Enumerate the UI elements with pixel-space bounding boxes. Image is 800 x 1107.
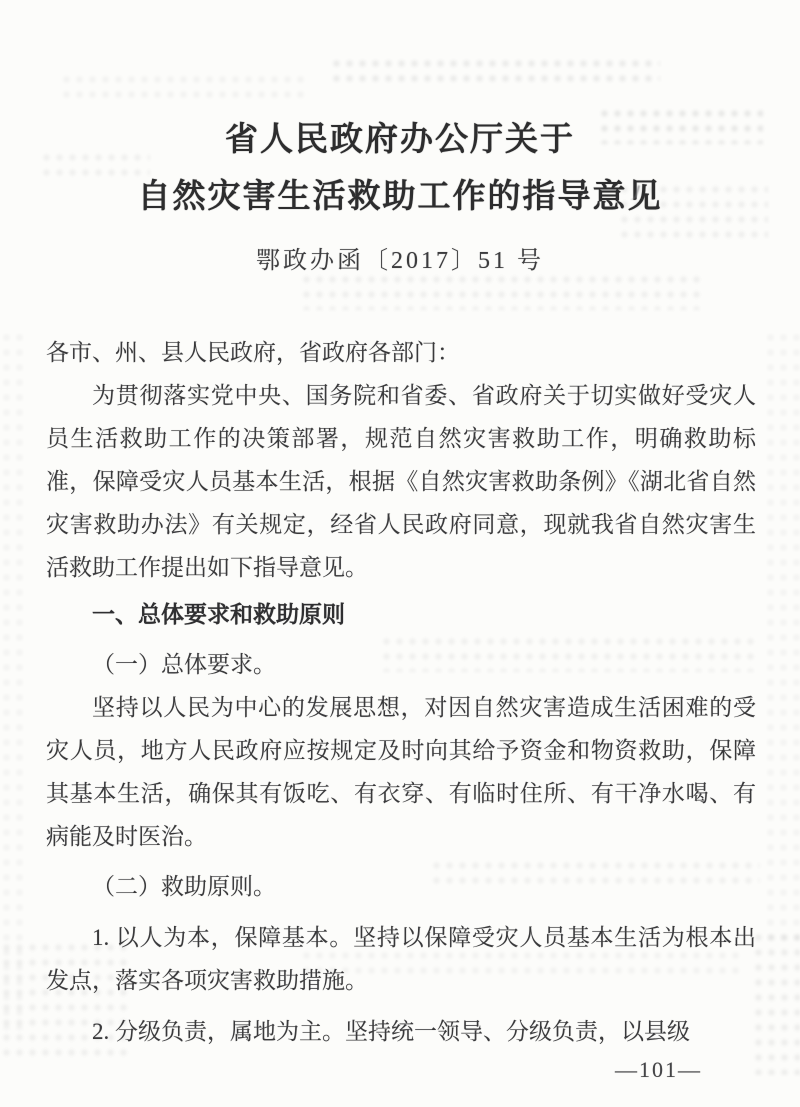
document-title: 省人民政府办公厅关于 自然灾害生活救助工作的指导意见 <box>0 0 800 226</box>
title-line-2: 自然灾害生活救助工作的指导意见 <box>0 169 800 226</box>
section-1-heading: 一、总体要求和救助原则 <box>46 593 756 636</box>
intro-paragraph: 为贯彻落实党中央、国务院和省委、省政府关于切实做好受灾人员生活救助工作的决策部署… <box>46 374 756 589</box>
salutation: 各市、州、县人民政府，省政府各部门： <box>46 331 756 374</box>
document-body: 各市、州、县人民政府，省政府各部门： 为贯彻落实党中央、国务院和省委、省政府关于… <box>0 331 800 1053</box>
subsection-1-paragraph: 坚持以人民为中心的发展思想，对因自然灾害造成生活困难的受灾人员，地方人民政府应按… <box>46 686 756 858</box>
subsection-2-heading: （二）救助原则。 <box>46 865 756 908</box>
principle-1-paragraph: 1. 以人为本，保障基本。坚持以保障受灾人员基本生活为根本出发点，落实各项灾害救… <box>46 916 756 1002</box>
scanned-document-page: 省人民政府办公厅关于 自然灾害生活救助工作的指导意见 鄂政办函〔2017〕51 … <box>0 0 800 1107</box>
scan-bleedthrough-artifact <box>300 272 700 310</box>
page-number: —101— <box>615 1057 702 1083</box>
principle-2-paragraph: 2. 分级负责，属地为主。坚持统一领导、分级负责，以县级 <box>46 1010 756 1053</box>
subsection-1-heading: （一）总体要求。 <box>46 643 756 686</box>
title-line-1: 省人民政府办公厅关于 <box>0 112 800 169</box>
document-number: 鄂政办函〔2017〕51 号 <box>0 240 800 275</box>
